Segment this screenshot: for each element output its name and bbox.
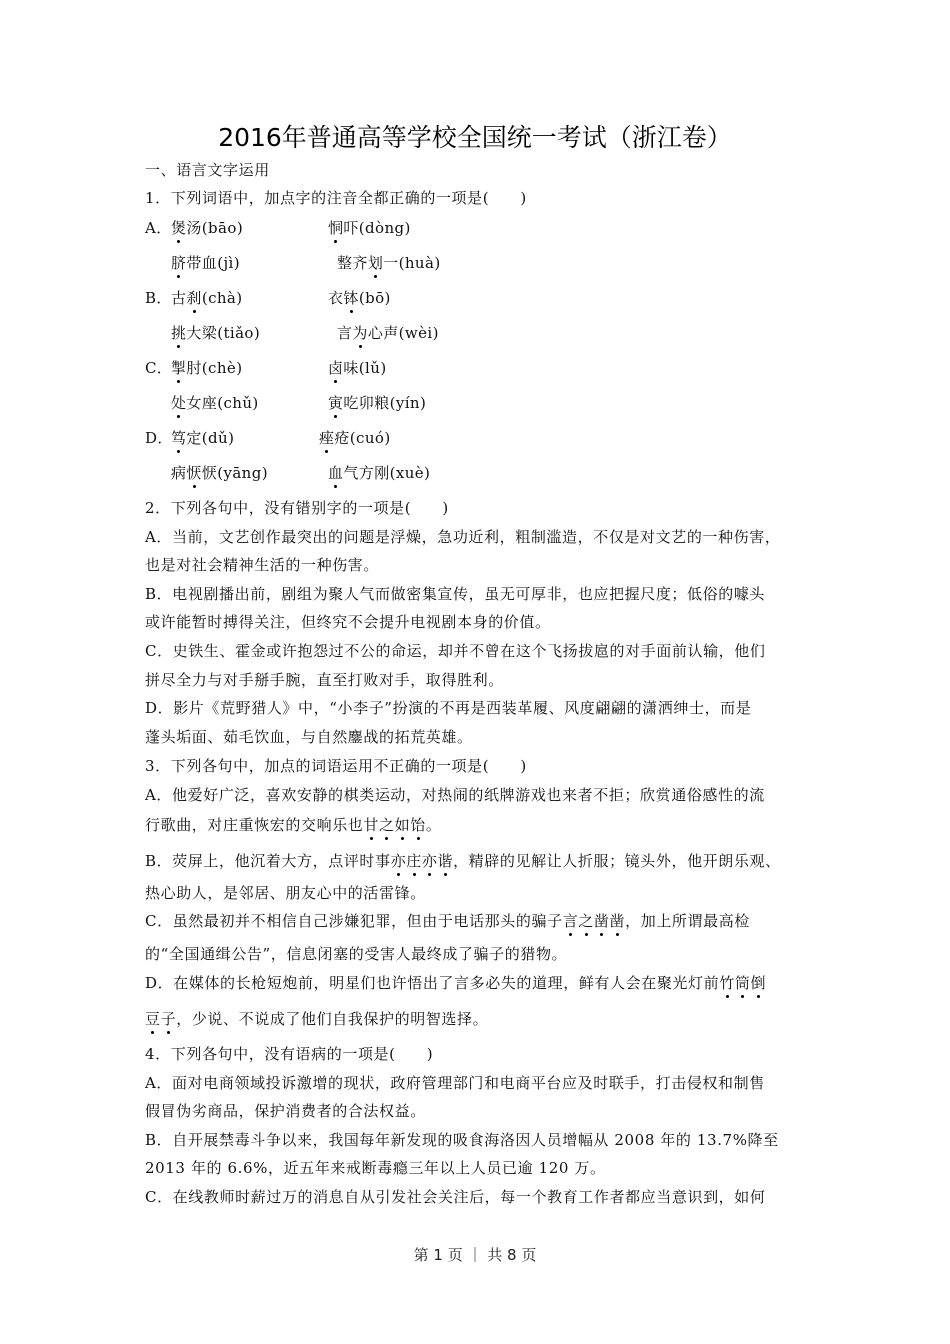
exam-page: 2016年普通高等学校全国统一考试（浙江卷） 一、语言文字运用 1．下列词语中，…	[0, 0, 950, 1344]
q3-option-c-line2: 的“全国通缉公告”，信息闭塞的受害人最终成了骗子的猎物。	[145, 944, 567, 964]
word-1: 古刹(chà)	[171, 288, 243, 308]
word-3: 处女座(chǔ)	[171, 393, 259, 413]
q4-line: B．自开展禁毒斗争以来，我国每年新发现的吸食海洛因人员增幅从 2008 年的 1…	[145, 1130, 779, 1150]
q3-option-d-line1: D．在媒体的长枪短炮前，明星们也许悟出了言多必失的道理，鲜有人会在聚光灯前竹筒倒	[145, 973, 766, 993]
q4-line: A．面对电商领域投诉激增的现状，政府管理部门和电商平台应及时联手，打击侵权和制售	[145, 1073, 765, 1093]
word-4: 言为心声(wèi)	[337, 323, 439, 343]
word-4: 整齐划一(huà)	[337, 253, 441, 273]
word-2: 衣钵(bō)	[328, 288, 391, 308]
q2-line: B．电视剧播出前，剧组为聚人气而做密集宣传，虽无可厚非，也应把握尺度；低俗的噱头	[145, 584, 765, 604]
word-3: 脐带血(jì)	[171, 253, 240, 273]
word-4: 寅吃卯粮(yín)	[328, 393, 426, 413]
q3-option-b-line1: B．荧屏上，他沉着大方，点评时事亦庄亦谐，精辟的见解让人折服；镜头外，他开朗乐观…	[145, 851, 781, 871]
q2-line: A．当前，文艺创作最突出的问题是浮燥，急功近利，粗制滥造，不仅是对文艺的一种伤害…	[145, 527, 780, 547]
word-2: 恫吓(dòng)	[328, 218, 411, 238]
q4-line: 2013 年的 6.6%，近五年来戒断毒瘾三年以上人员已逾 120 万。	[145, 1158, 606, 1178]
word-1: 煲汤(bāo)	[171, 218, 243, 238]
page-footer: 第 1 页 ｜ 共 8 页	[0, 1244, 950, 1265]
q4-stem: 4．下列各句中，没有语病的一项是( )	[145, 1044, 433, 1064]
word-1: 掣肘(chè)	[171, 358, 242, 378]
option-label: C．	[145, 358, 172, 378]
q4-line: C．在线教师时薪过万的消息自从引发社会关注后，每一个教育工作者都应当意识到，如何	[145, 1187, 765, 1207]
q2-line: C．史铁生、霍金或许抱怨过不公的命运，却并不曾在这个飞扬拔扈的对手面前认输，他们	[145, 641, 765, 661]
word-1: 笃定(dǔ)	[171, 428, 234, 448]
word-2: 痤疮(cuó)	[319, 428, 391, 448]
option-label: D．	[145, 428, 173, 448]
word-3: 挑大梁(tiǎo)	[171, 323, 260, 343]
option-label: A．	[145, 218, 172, 238]
q3-option-c-line1: C．虽然最初并不相信自己涉嫌犯罪，但由于电话那头的骗子言之凿凿，加上所谓最高检	[145, 911, 750, 931]
q2-line: 也是对社会精神生活的一种伤害。	[145, 555, 379, 575]
word-3: 病恹恹(yāng)	[171, 463, 268, 483]
q3-option-b-line2: 热心助人，是邻居、朋友心中的活雷锋。	[145, 883, 426, 903]
page-title: 2016年普通高等学校全国统一考试（浙江卷）	[0, 118, 950, 154]
section-heading: 一、语言文字运用	[145, 160, 270, 180]
q2-line: 拼尽全力与对手掰手腕，直至打败对手，取得胜利。	[145, 670, 504, 690]
q1-stem: 1．下列词语中，加点字的注音全都正确的一项是( )	[145, 188, 527, 208]
q4-line: 假冒伪劣商品，保护消费者的合法权益。	[145, 1101, 426, 1121]
q2-line: 或许能暂时搏得关注，但终究不会提升电视剧本身的价值。	[145, 612, 551, 632]
q2-stem: 2．下列各句中，没有错别字的一项是( )	[145, 498, 449, 518]
q3-option-d-line2: 豆子，少说、不说成了他们自我保护的明智选择。	[145, 1009, 488, 1029]
word-4: 血气方刚(xuè)	[328, 463, 430, 483]
q2-line: D．影片《荒野猎人》中，“小李子”扮演的不再是西装革履、风度翩翩的潇洒绅士，而是	[145, 698, 751, 718]
option-label: B．	[145, 288, 172, 308]
q3-option-a-line1: A．他爱好广泛，喜欢安静的棋类运动，对热闹的纸牌游戏也来者不拒；欣赏通俗感性的流	[145, 785, 765, 805]
q2-line: 蓬头垢面、茹毛饮血，与自然鏖战的拓荒英雄。	[145, 727, 473, 747]
word-2: 卤味(lǔ)	[328, 358, 387, 378]
q3-stem: 3．下列各句中，加点的词语运用不正确的一项是( )	[145, 756, 527, 776]
q3-option-a-line2: 行歌曲，对庄重恢宏的交响乐也甘之如饴。	[145, 815, 441, 835]
